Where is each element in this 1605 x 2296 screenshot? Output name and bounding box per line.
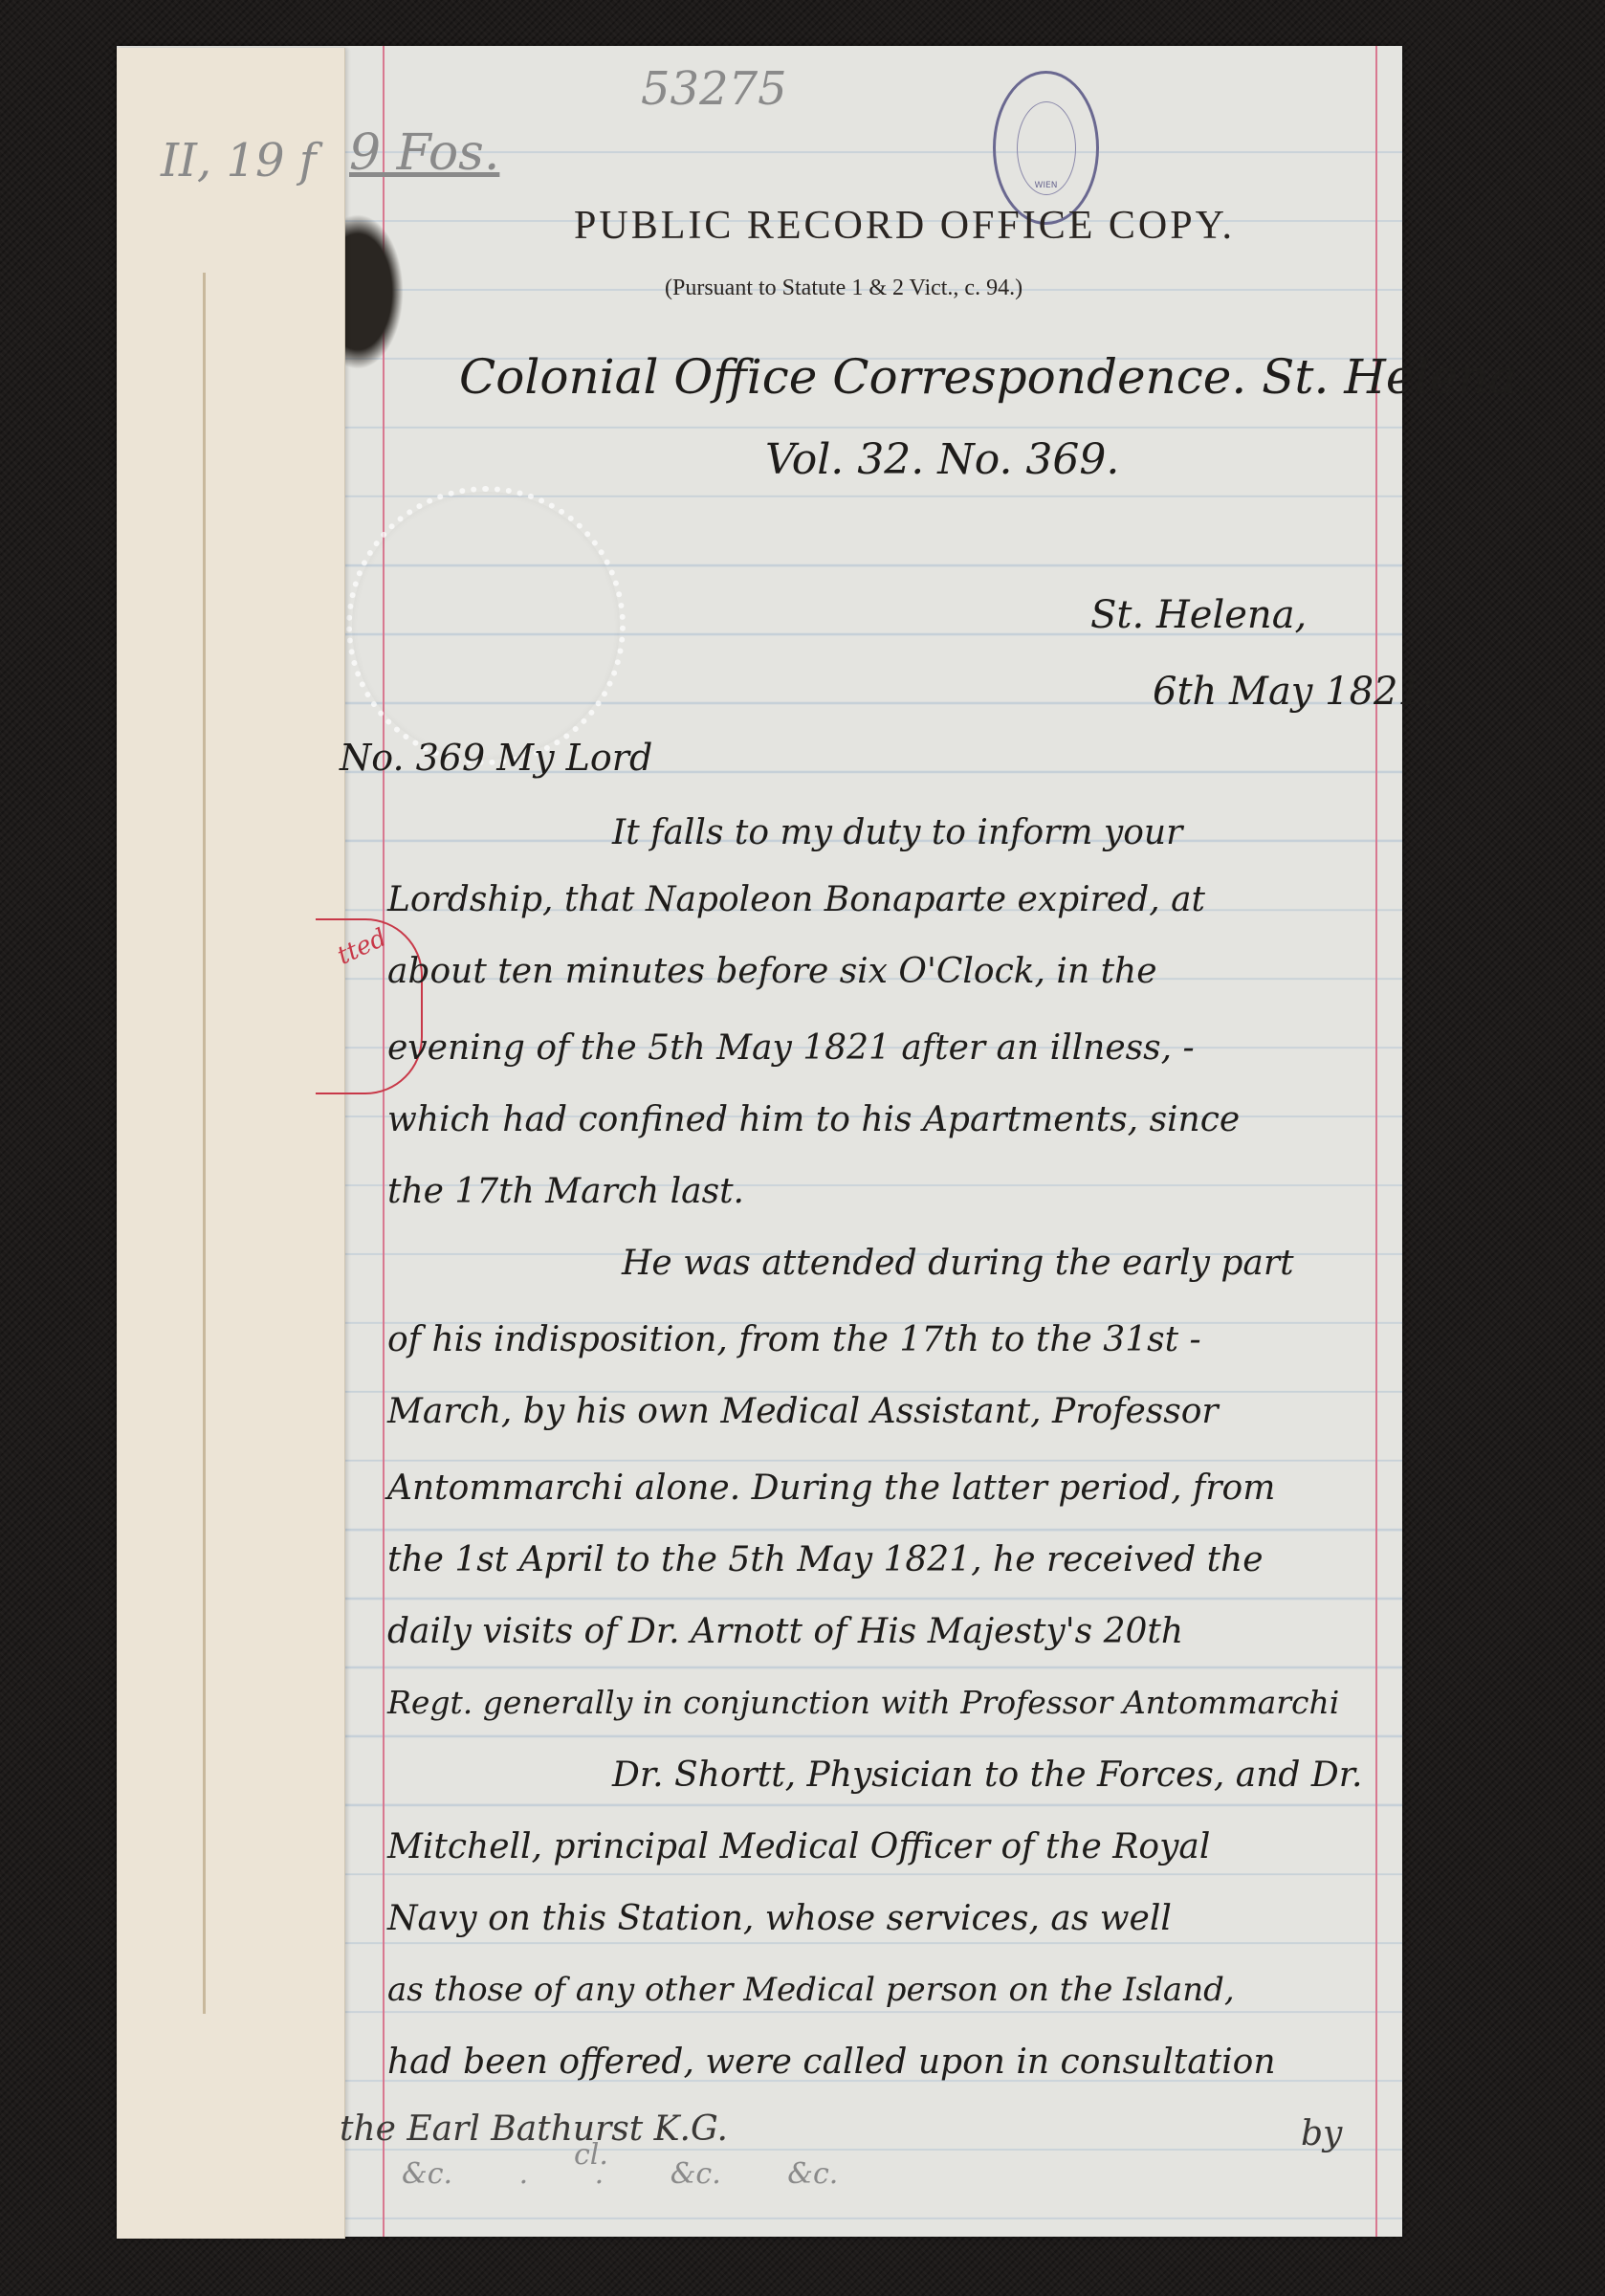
pencil-reference: II, 19 f	[161, 134, 317, 188]
body-line: of his indisposition, from the 17th to t…	[387, 1320, 1201, 1359]
body-line: the 1st April to the 5th May 1821, he re…	[387, 1540, 1264, 1579]
etc-marks: &c. . . &c. &c.	[402, 2157, 838, 2191]
volume-number: Vol. 32. No. 369.	[765, 435, 1119, 484]
body-line: as those of any other Medical person on …	[387, 1971, 1235, 2009]
stamp-city: WIEN	[1035, 181, 1058, 190]
salutation: No. 369 My Lord	[340, 737, 652, 779]
body-line: daily visits of Dr. Arnott of His Majest…	[387, 1612, 1183, 1651]
body-line: the 17th March last.	[387, 1172, 744, 1211]
body-line: Navy on this Station, whose services, as…	[387, 1899, 1172, 1938]
dateline-place: St. Helena,	[1090, 593, 1307, 637]
body-line: evening of the 5th May 1821 after an ill…	[387, 1028, 1195, 1068]
binding-thread	[203, 273, 206, 2014]
body-line: which had confined him to his Apartments…	[387, 1100, 1240, 1139]
folio-count: 9 Fos.	[349, 124, 499, 182]
body-line: had been offered, were called upon in co…	[387, 2042, 1276, 2082]
pencil-mark: cl.	[574, 2138, 608, 2172]
body-line: March, by his own Medical Assistant, Pro…	[387, 1392, 1219, 1431]
binding-flap	[117, 48, 345, 2239]
body-line: Antommarchi alone. During the latter per…	[387, 1468, 1275, 1508]
dateline-date: 6th May 1821.	[1153, 670, 1435, 714]
series-title: Colonial Office Correspondence. St. Hele…	[459, 349, 1532, 405]
body-line: Dr. Shortt, Physician to the Forces, and…	[612, 1755, 1362, 1795]
embossed-seal-icon	[346, 486, 626, 765]
body-line: about ten minutes before six O'Clock, in…	[387, 952, 1157, 991]
catchword: by	[1301, 2114, 1342, 2153]
body-line: It falls to my duty to inform your	[612, 813, 1182, 852]
body-line: Regt. generally in conjunction with Prof…	[387, 1684, 1339, 1721]
body-line: He was attended during the early part	[622, 1244, 1294, 1283]
page-title: PUBLIC RECORD OFFICE COPY.	[574, 203, 1235, 249]
body-line: Mitchell, principal Medical Officer of t…	[387, 1827, 1210, 1866]
royal-crest-icon	[344, 201, 411, 383]
vienna-archive-stamp-icon: WIEN	[993, 71, 1099, 225]
catalogue-number: 53275	[641, 62, 787, 116]
addressee: the Earl Bathurst K.G.	[340, 2109, 728, 2149]
statute-reference: (Pursuant to Statute 1 & 2 Vict., c. 94.…	[665, 276, 1022, 301]
body-line: Lordship, that Napoleon Bonaparte expire…	[387, 880, 1205, 919]
